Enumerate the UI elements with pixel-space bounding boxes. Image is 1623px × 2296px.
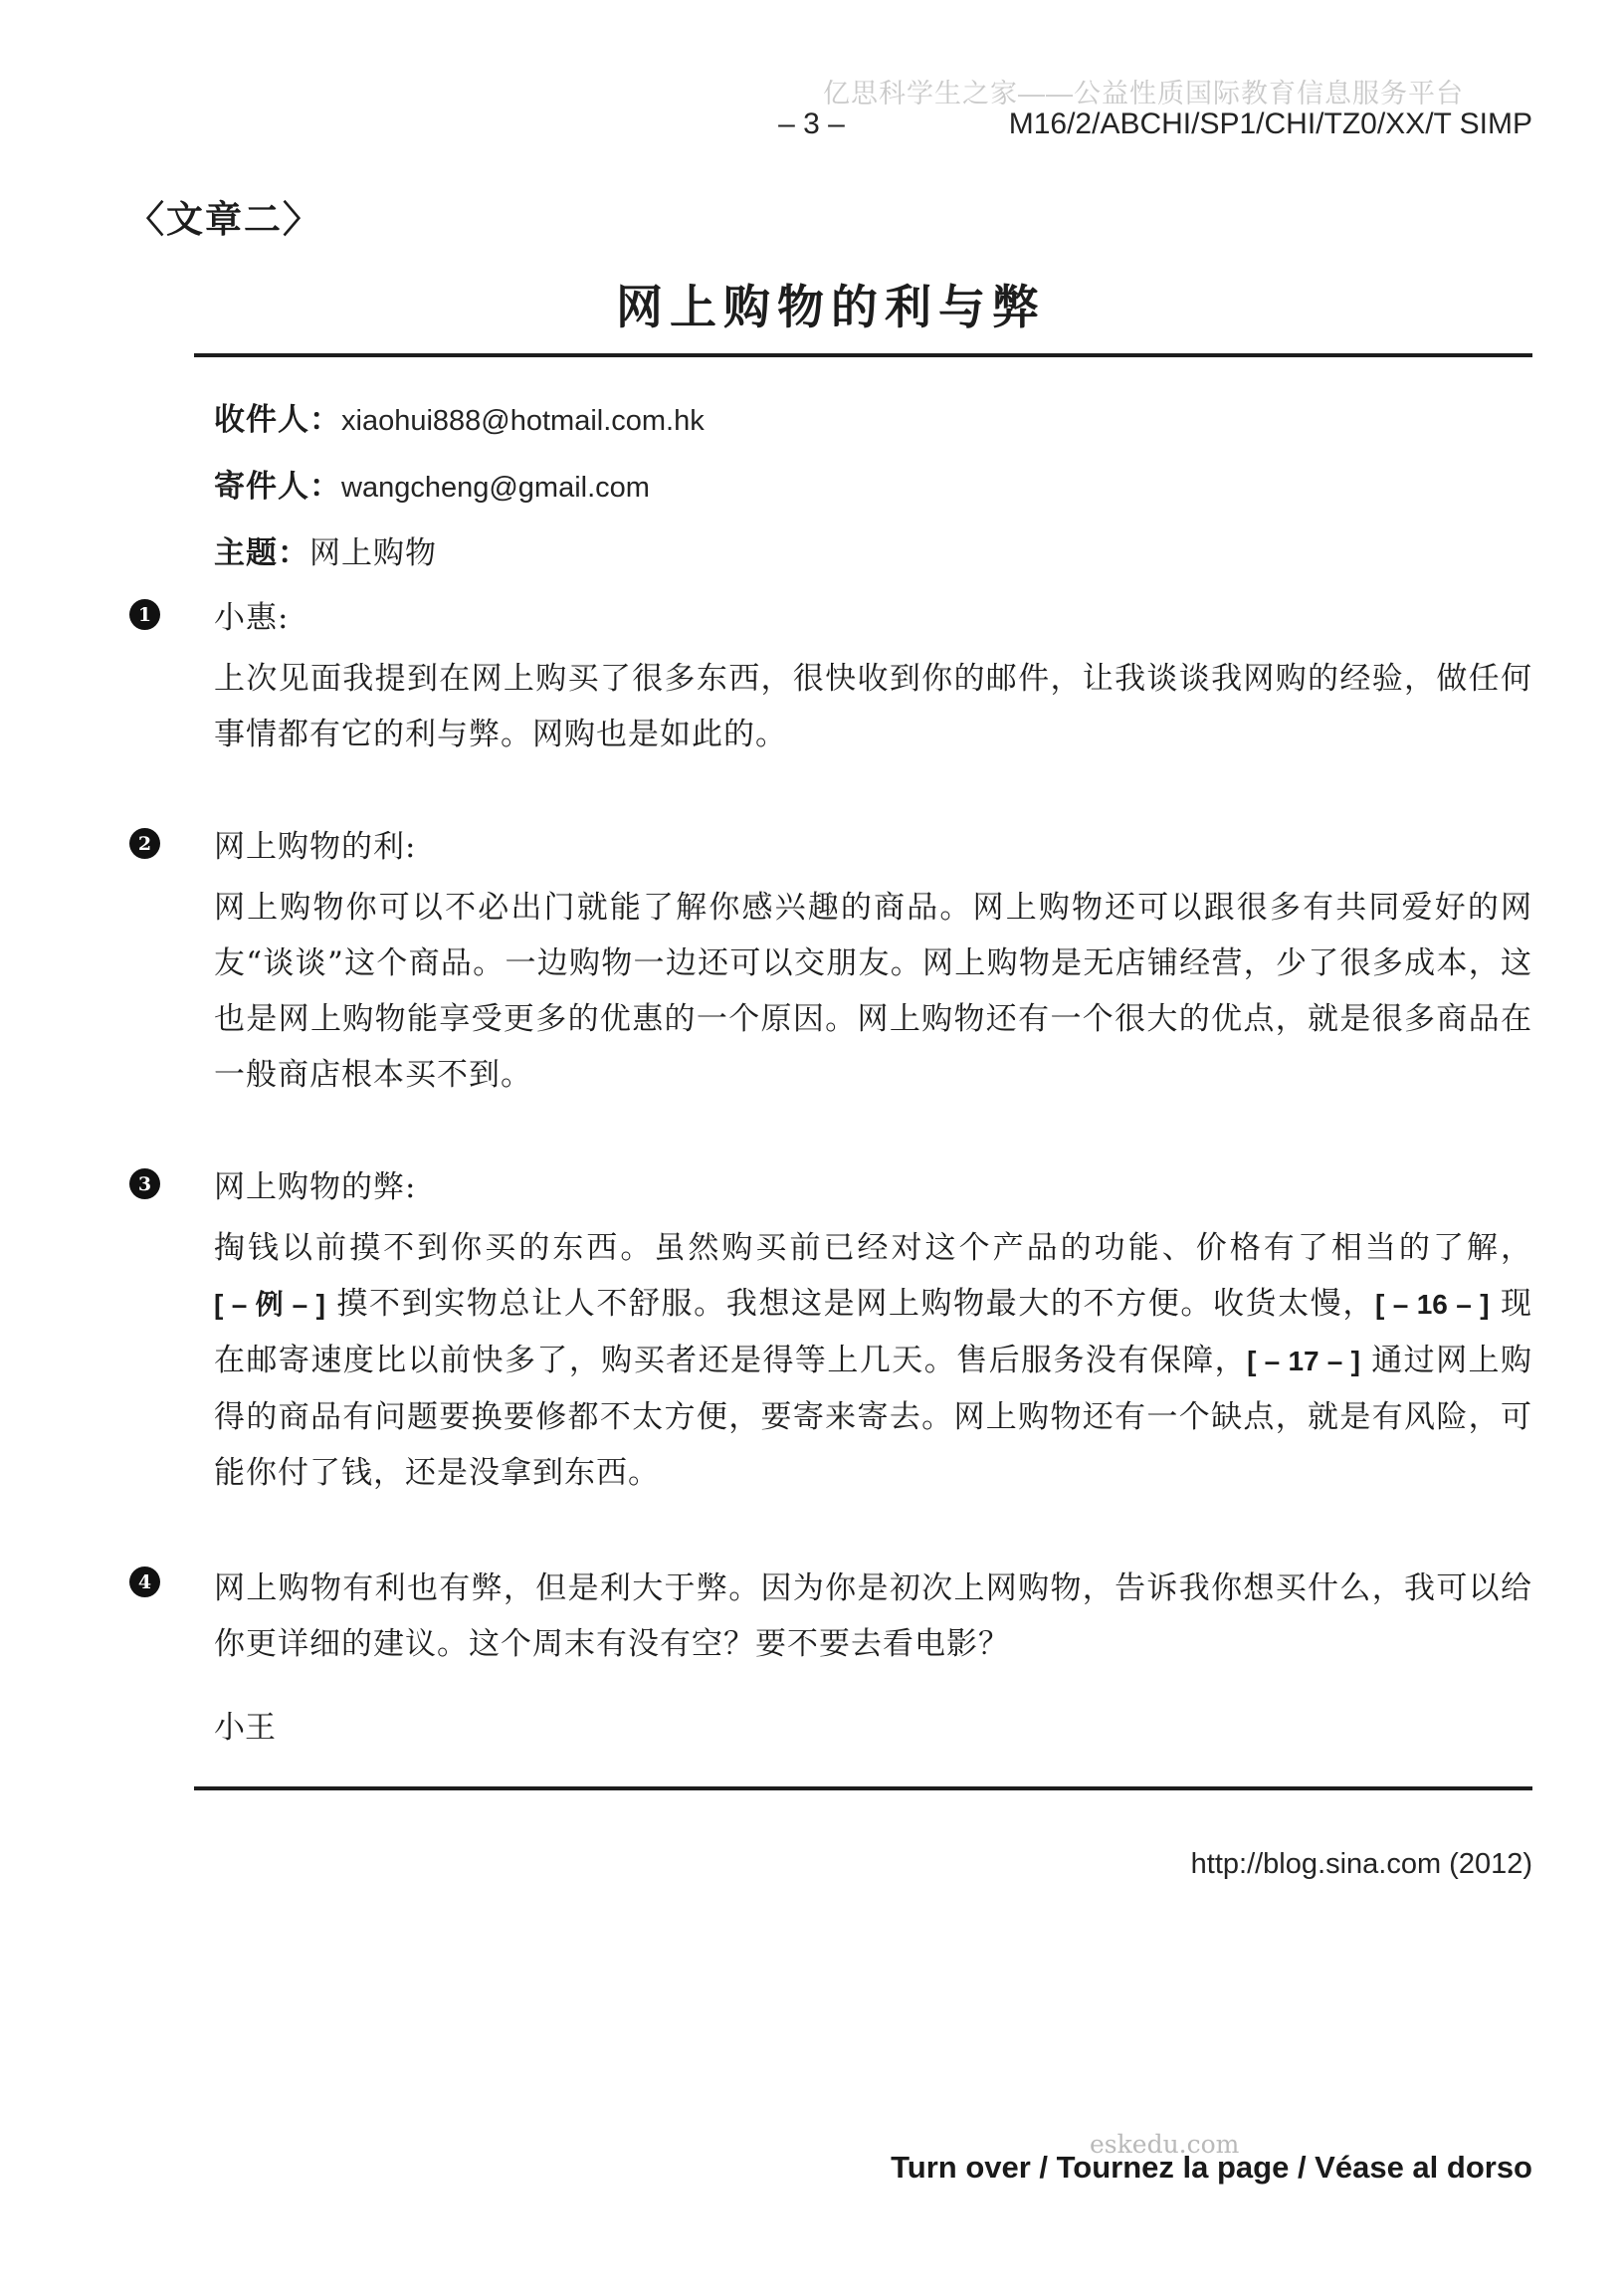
title-rule bbox=[194, 353, 1532, 357]
email-header: 收件人：xiaohui888@hotmail.com.hk 寄件人：wangch… bbox=[214, 400, 1532, 600]
paragraph-1-content: 小惠: 上次见面我提到在网上购买了很多东西，很快收到你的邮件，让我谈谈我网购的经… bbox=[214, 593, 1532, 762]
gap-marker-example: [ – 例 – ] bbox=[214, 1289, 325, 1320]
paragraph-4-text: 网上购物有利也有弊，但是利大于弊。因为你是初次上网购物，告诉我你想买什么，我可以… bbox=[214, 1561, 1532, 1672]
paragraph-4-content: 网上购物有利也有弊，但是利大于弊。因为你是初次上网购物，告诉我你想买什么，我可以… bbox=[214, 1561, 1532, 1672]
paragraph-2-text: 网上购物你可以不必出门就能了解你感兴趣的商品。网上购物还可以跟很多有共同爱好的网… bbox=[214, 880, 1532, 1103]
email-to-label: 收件人： bbox=[214, 402, 341, 438]
email-from-label: 寄件人： bbox=[214, 469, 341, 505]
paragraph-3-heading: 网上购物的弊: bbox=[214, 1162, 1532, 1212]
paragraph-1: 1 小惠: 上次见面我提到在网上购买了很多东西，很快收到你的邮件，让我谈谈我网购… bbox=[129, 593, 1532, 762]
paragraph-3-segment: 掏钱以前摸不到你买的东西。虽然购买前已经对这个产品的功能、价格有了相当的了解， bbox=[214, 1230, 1532, 1266]
paragraph-number-badge: 2 bbox=[129, 828, 160, 859]
email-to-row: 收件人：xiaohui888@hotmail.com.hk bbox=[214, 400, 1532, 445]
paragraph-3-number-column: 3 bbox=[129, 1162, 214, 1501]
paragraph-3-text: 掏钱以前摸不到你买的东西。虽然购买前已经对这个产品的功能、价格有了相当的了解，[… bbox=[214, 1220, 1532, 1501]
email-from-row: 寄件人：wangcheng@gmail.com bbox=[214, 467, 1532, 512]
email-subject-value: 网上购物 bbox=[309, 535, 437, 571]
paragraph-2-content: 网上购物的利: 网上购物你可以不必出门就能了解你感兴趣的商品。网上购物还可以跟很… bbox=[214, 822, 1532, 1103]
gap-marker-17: [ – 17 – ] bbox=[1247, 1346, 1360, 1376]
email-subject-label: 主题： bbox=[214, 535, 309, 571]
paragraph-3: 3 网上购物的弊: 掏钱以前摸不到你买的东西。虽然购买前已经对这个产品的功能、价… bbox=[129, 1162, 1532, 1501]
signature: 小王 bbox=[214, 1702, 1532, 1747]
gap-marker-16: [ – 16 – ] bbox=[1375, 1289, 1490, 1320]
top-watermark: 亿思科学生之家——公益性质国际教育信息服务平台 bbox=[823, 72, 1464, 110]
email-subject-row: 主题：网上购物 bbox=[214, 533, 1532, 578]
section-label: 〈文章二〉 bbox=[127, 189, 321, 243]
paper-code: M16/2/ABCHI/SP1/CHI/TZ0/XX/T SIMP bbox=[1009, 107, 1532, 141]
email-to-value: xiaohui888@hotmail.com.hk bbox=[341, 405, 705, 437]
paragraph-3-segment: 摸不到实物总让人不舒服。我想这是网上购物最大的不方便。收货太慢， bbox=[325, 1286, 1375, 1322]
paragraph-number-badge: 4 bbox=[129, 1566, 160, 1597]
paragraph-4: 4 网上购物有利也有弊，但是利大于弊。因为你是初次上网购物，告诉我你想买什么，我… bbox=[129, 1561, 1532, 1672]
paragraph-number-badge: 1 bbox=[129, 599, 160, 630]
bottom-rule bbox=[194, 1786, 1532, 1790]
paragraph-3-content: 网上购物的弊: 掏钱以前摸不到你买的东西。虽然购买前已经对这个产品的功能、价格有… bbox=[214, 1162, 1532, 1501]
salutation: 小惠: bbox=[214, 593, 1532, 643]
source-citation: http://blog.sina.com (2012) bbox=[129, 1848, 1532, 1881]
article-title: 网上购物的利与弊 bbox=[129, 271, 1532, 337]
paragraph-number-badge: 3 bbox=[129, 1168, 160, 1199]
email-from-value: wangcheng@gmail.com bbox=[341, 472, 650, 504]
paragraph-1-number-column: 1 bbox=[129, 593, 214, 762]
turn-over-notice: Turn over / Tournez la page / Véase al d… bbox=[891, 2150, 1532, 2186]
paragraph-2-number-column: 2 bbox=[129, 822, 214, 1103]
exam-page: 亿思科学生之家——公益性质国际教育信息服务平台 – 3 – M16/2/ABCH… bbox=[0, 0, 1623, 2296]
paragraph-1-text: 上次见面我提到在网上购买了很多东西，很快收到你的邮件，让我谈谈我网购的经验，做任… bbox=[214, 651, 1532, 762]
paragraph-4-number-column: 4 bbox=[129, 1561, 214, 1672]
paragraph-2: 2 网上购物的利: 网上购物你可以不必出门就能了解你感兴趣的商品。网上购物还可以… bbox=[129, 822, 1532, 1103]
paragraph-2-heading: 网上购物的利: bbox=[214, 822, 1532, 872]
article-body: 1 小惠: 上次见面我提到在网上购买了很多东西，很快收到你的邮件，让我谈谈我网购… bbox=[129, 593, 1532, 1881]
